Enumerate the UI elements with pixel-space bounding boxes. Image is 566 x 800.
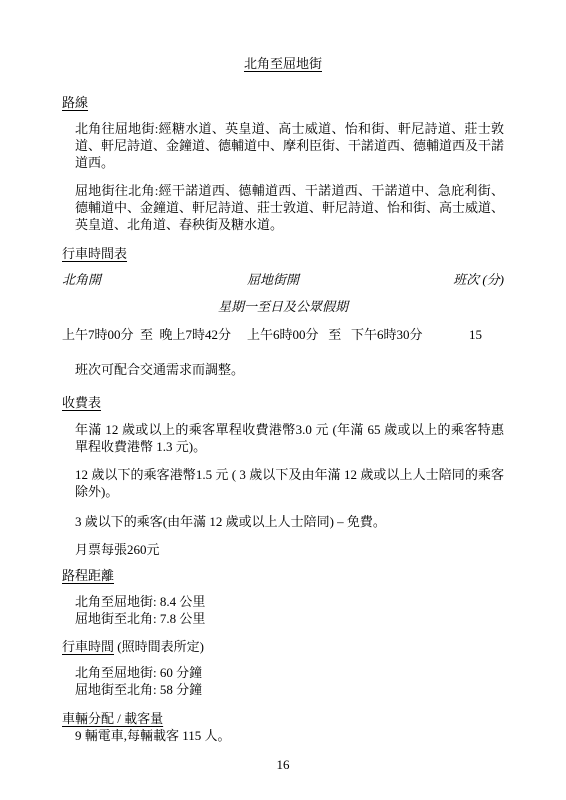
timetable-heading-row: 行車時間表 (62, 245, 504, 262)
column-north-point-depart: 北角開 (62, 271, 247, 288)
route-outbound-paragraph: 北角往屈地街:經糖水道、英皇道、高士威道、怡和街、軒尼詩道、莊士敦道、軒尼詩道、… (75, 120, 504, 171)
fare-infant-paragraph: 3 歲以下的乘客(由年滿 12 歲或以上人士陪同) – 免費。 (75, 513, 504, 530)
fleet-detail: 9 輛電車,每輛載客 115 人。 (75, 727, 504, 744)
timetable-heading: 行車時間表 (62, 246, 127, 261)
page-number: 16 (62, 756, 504, 773)
fare-monthly-ticket: 月票每張260元 (75, 541, 504, 558)
route-heading: 路線 (62, 95, 88, 110)
journey-time-heading-suffix: (照時間表所定) (114, 639, 204, 654)
journey-time-lines: 北角至屈地街: 60 分鐘 屈地街至北角: 58 分鐘 (62, 664, 504, 698)
distance-whitty-to-north-point: 屈地街至北角: 7.8 公里 (75, 610, 504, 627)
timetable-column-headers: 北角開 屈地街開 班次 (分) (62, 271, 504, 288)
timetable-times-row: 上午7時00分 至 晚上7時42分 上午6時00分 至 下午6時30分 15 (62, 326, 504, 343)
journey-time-heading-row: 行車時間 (照時間表所定) (62, 638, 504, 655)
fleet-heading: 車輛分配 / 載客量 (62, 711, 163, 726)
journey-time-whitty-to-north-point: 屈地街至北角: 58 分鐘 (75, 681, 504, 698)
fare-adult-paragraph: 年滿 12 歲或以上的乘客單程收費港幣3.0 元 (年滿 65 歲或以上的乘客特… (75, 421, 504, 455)
whitty-street-service-hours: 上午6時00分 至 下午6時30分 (247, 326, 436, 343)
distance-heading-row: 路程距離 (62, 567, 504, 584)
fares-heading: 收費表 (62, 395, 101, 410)
frequency-minutes-value: 15 (436, 326, 504, 343)
fleet-heading-row: 車輛分配 / 載客量 (62, 710, 504, 727)
north-point-service-hours: 上午7時00分 至 晚上7時42分 (62, 326, 247, 343)
distance-heading: 路程距離 (62, 568, 114, 583)
route-inbound-paragraph: 屈地街往北角:經干諾道西、德輔道西、干諾道西、干諾道中、急庇利街、德輔道中、金鐘… (75, 182, 504, 233)
page-title: 北角至屈地街 (244, 56, 322, 71)
page-title-row: 北角至屈地街 (62, 55, 504, 72)
journey-time-north-point-to-whitty: 北角至屈地街: 60 分鐘 (75, 664, 504, 681)
timetable-note: 班次可配合交通需求而調整。 (75, 361, 504, 378)
route-section-heading-row: 路線 (62, 94, 504, 111)
journey-time-heading: 行車時間 (62, 639, 114, 654)
fares-heading-row: 收費表 (62, 394, 504, 411)
column-frequency: 班次 (分) (436, 271, 504, 288)
column-whitty-street-depart: 屈地街開 (247, 271, 436, 288)
distance-north-point-to-whitty: 北角至屈地街: 8.4 公里 (75, 593, 504, 610)
timetable-period-label: 星期一至日及公眾假期 (62, 298, 504, 315)
document-page: 北角至屈地街 路線 北角往屈地街:經糖水道、英皇道、高士威道、怡和街、軒尼詩道、… (0, 0, 566, 800)
distance-lines: 北角至屈地街: 8.4 公里 屈地街至北角: 7.8 公里 (62, 593, 504, 627)
fare-child-paragraph: 12 歲以下的乘客港幣1.5 元 ( 3 歲以下及由年滿 12 歲或以上人士陪同… (75, 466, 504, 500)
